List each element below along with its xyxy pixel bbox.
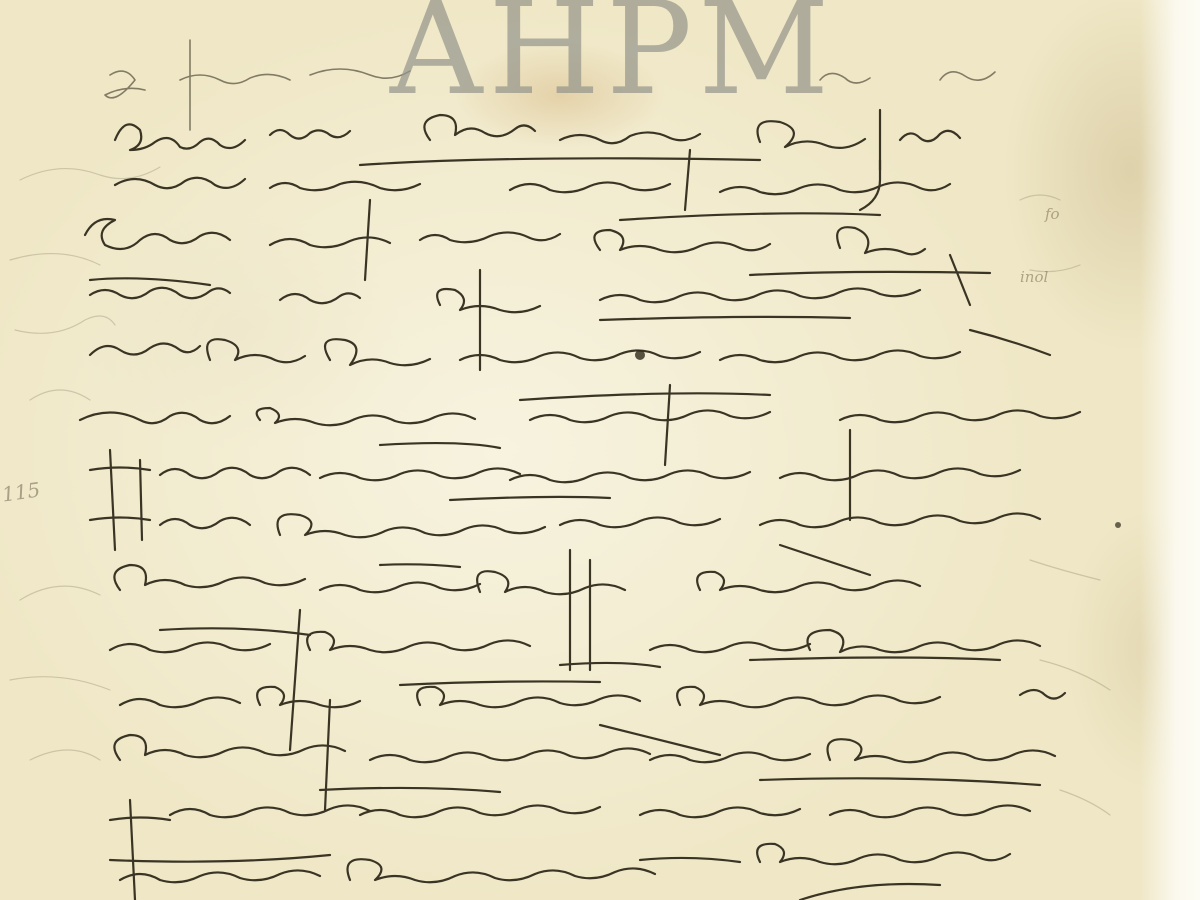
margin-note: fo — [1045, 205, 1060, 223]
handwriting-strokes — [0, 0, 1200, 900]
archive-watermark: AHPM — [390, 0, 830, 114]
margin-note: inol — [1020, 268, 1048, 286]
